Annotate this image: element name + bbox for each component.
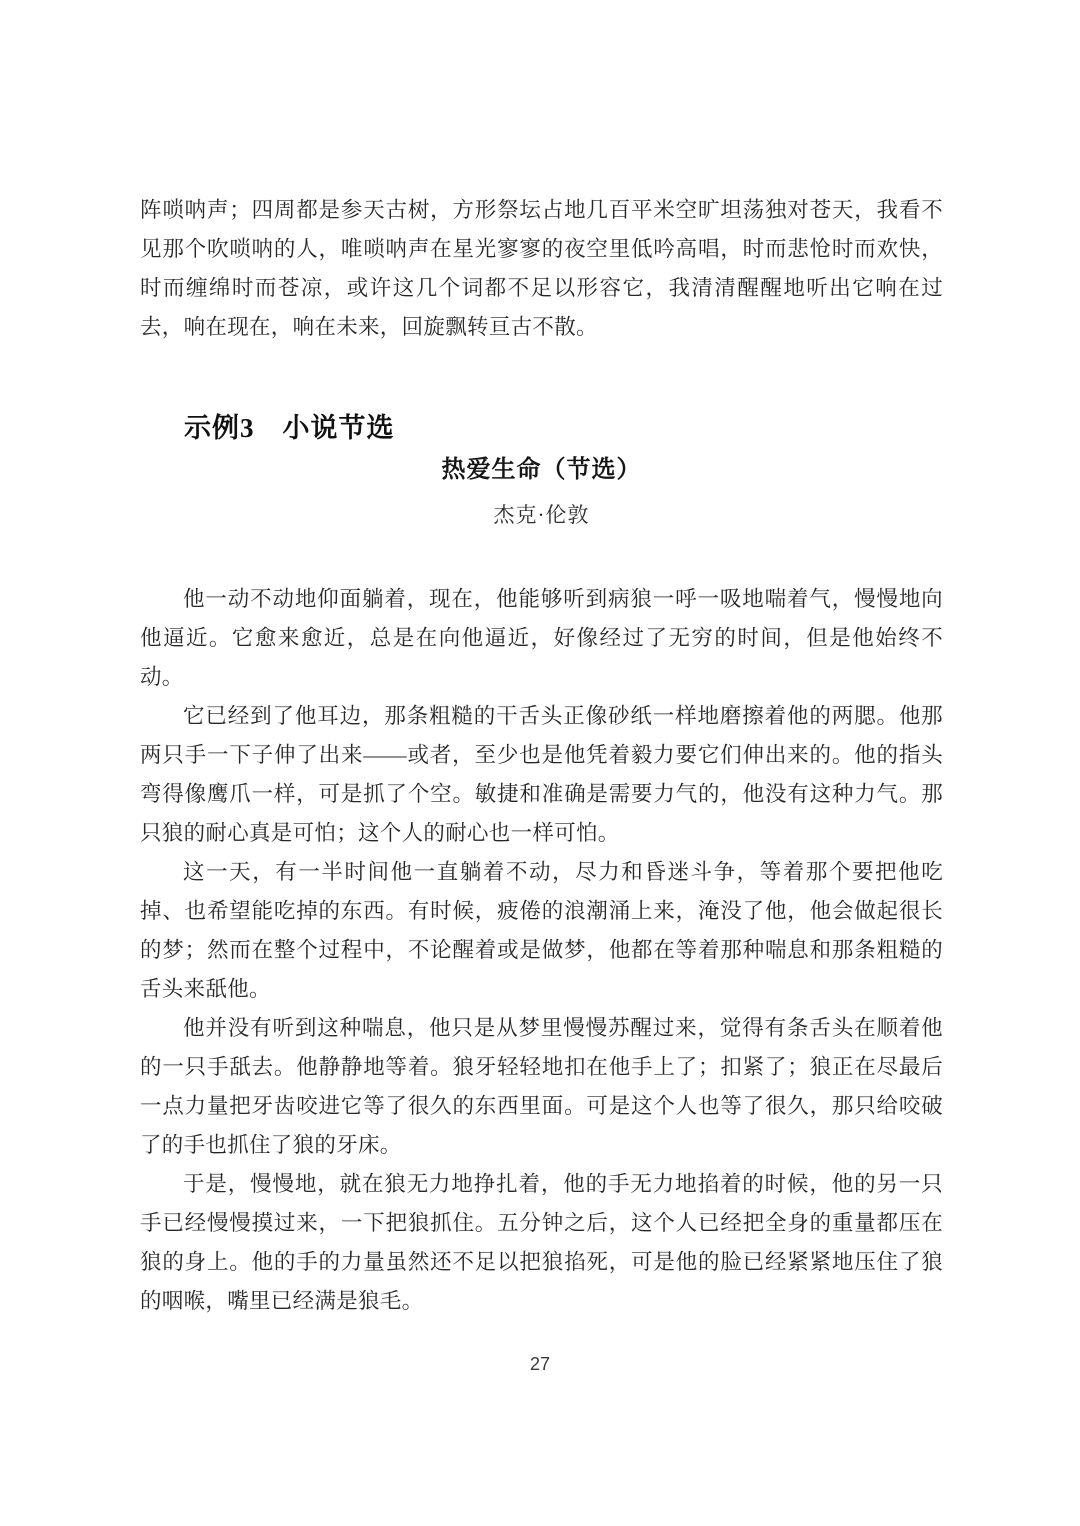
author-name: 杰克·伦敦 (140, 501, 943, 529)
article-paragraph: 他并没有听到这种喘息，他只是从梦里慢慢苏醒过来，觉得有条舌头在顺着他的一只手舐去… (140, 1009, 943, 1165)
section-heading: 示例3 小说节选 (140, 410, 943, 446)
article-paragraph: 他一动不动地仰面躺着，现在，他能够听到病狼一呼一吸地喘着气，慢慢地向他逼近。它愈… (140, 580, 943, 697)
article-paragraph: 这一天，有一半时间他一直躺着不动，尽力和昏迷斗争，等着那个要把他吃掉、也希望能吃… (140, 853, 943, 1009)
article-title: 热爱生命（节选） (140, 455, 943, 485)
article-paragraph: 于是，慢慢地，就在狼无力地挣扎着，他的手无力地掐着的时候，他的另一只手已经慢慢摸… (140, 1165, 943, 1321)
page-number: 27 (0, 1352, 1080, 1376)
article-paragraph: 它已经到了他耳边，那条粗糙的干舌头正像砂纸一样地磨擦着他的两腮。他那两只手一下子… (140, 697, 943, 853)
article-body: 他一动不动地仰面躺着，现在，他能够听到病狼一呼一吸地喘着气，慢慢地向他逼近。它愈… (140, 580, 943, 1321)
continued-paragraph: 阵唢呐声；四周都是参天古树，方形祭坛占地几百平米空旷坦荡独对苍天，我看不见那个吹… (140, 191, 943, 347)
document-page: 阵唢呐声；四周都是参天古树，方形祭坛占地几百平米空旷坦荡独对苍天，我看不见那个吹… (0, 0, 1080, 1526)
